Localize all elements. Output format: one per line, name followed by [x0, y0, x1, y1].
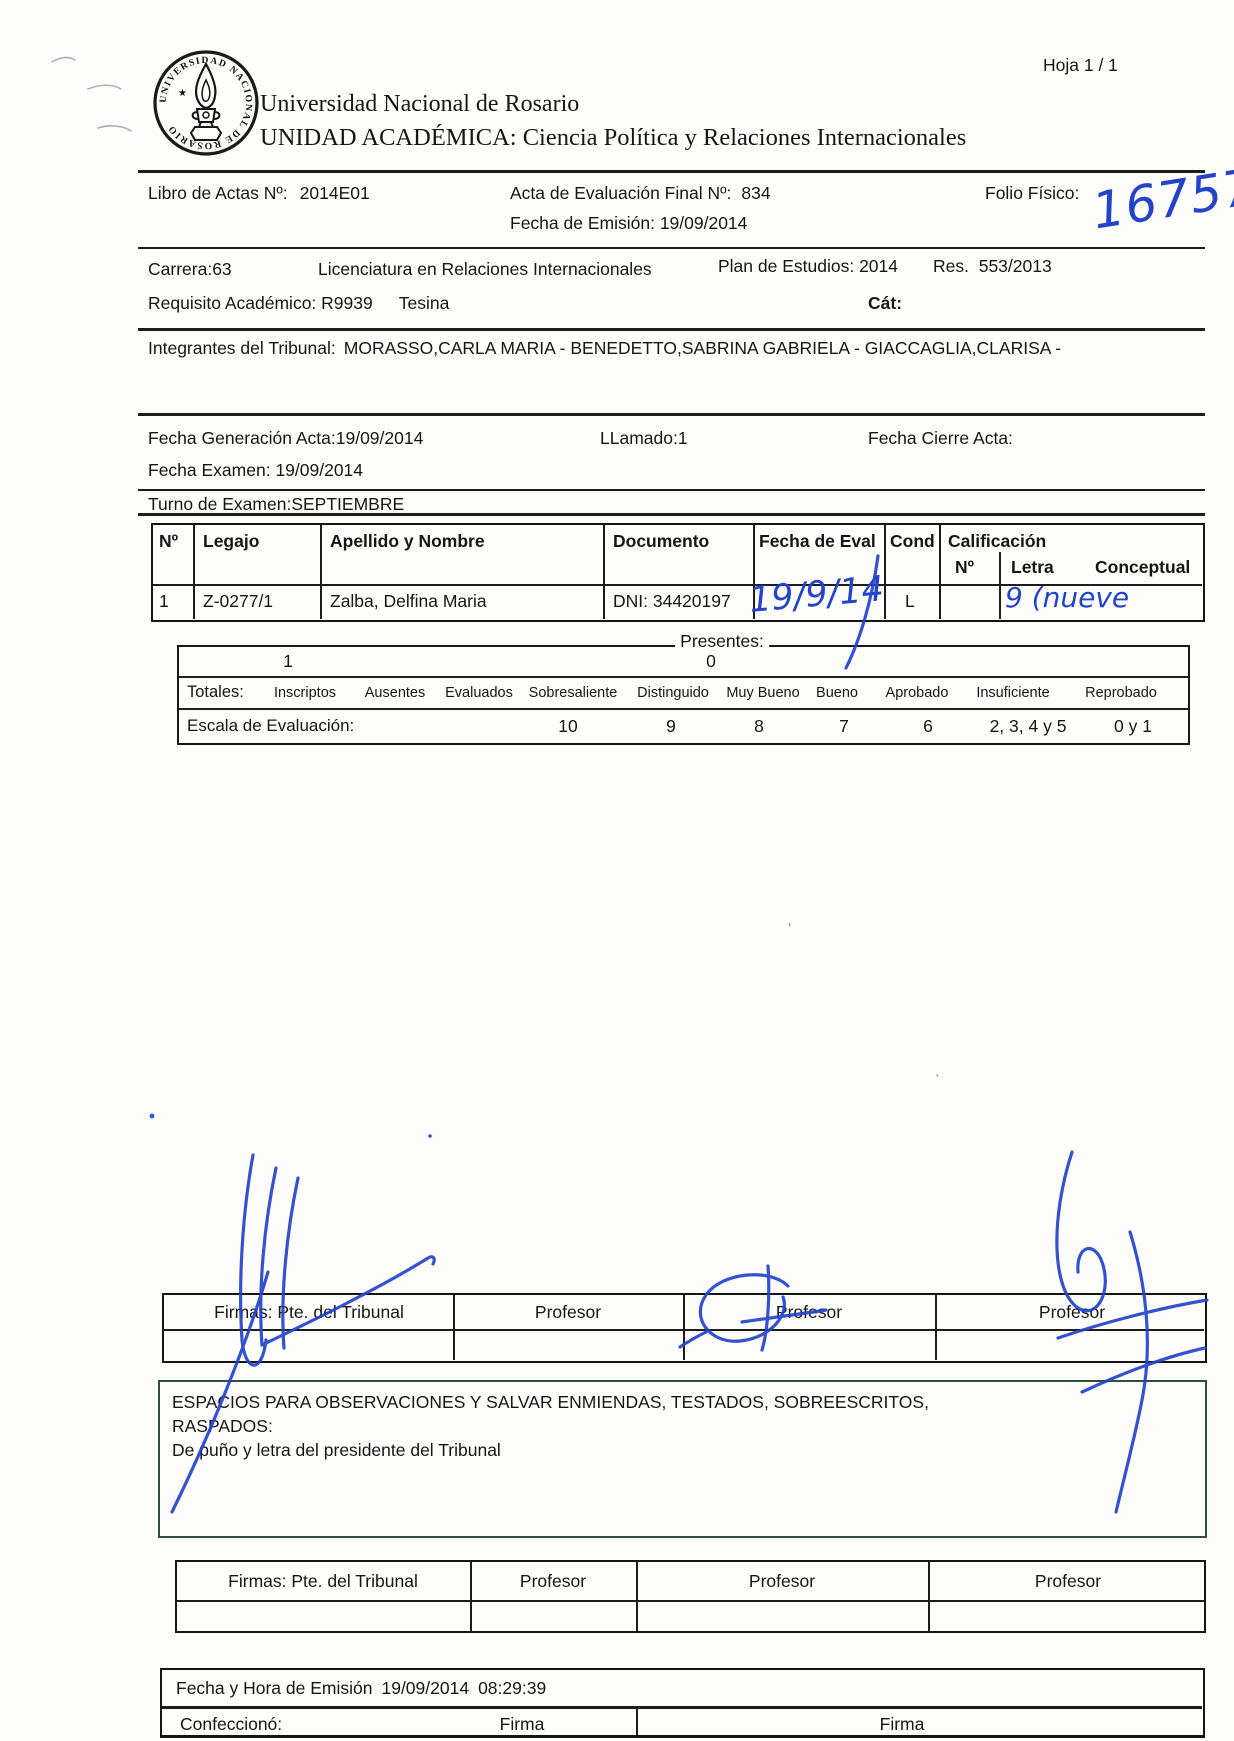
- escala-insuficiente: 2, 3, 4 y 5: [990, 716, 1067, 737]
- rule-2: [138, 247, 1205, 249]
- university-name: Universidad Nacional de Rosario: [260, 91, 579, 118]
- cat-aprobado: Aprobado: [886, 685, 949, 701]
- firmas1-profesor1-header: Profesor: [535, 1302, 601, 1323]
- cat-distinguido: Distinguido: [637, 685, 709, 701]
- pencil-smudges: [52, 58, 131, 131]
- escala-muy-bueno: 8: [754, 716, 764, 737]
- rule-3: [138, 328, 1205, 331]
- signatures-table-2: Firmas: Pte. del Tribunal Profesor Profe…: [175, 1560, 1206, 1633]
- cat-muy-bueno: Muy Bueno: [726, 685, 799, 701]
- turno-value: SEPTIEMBRE: [291, 494, 404, 514]
- fecha-cierre-label: Fecha Cierre Acta:: [868, 428, 1013, 449]
- emission-datetime-field: Fecha y Hora de Emisión19/09/201408:29:3…: [176, 1678, 546, 1699]
- acta-final-field: Acta de Evaluación Final Nº:834: [510, 183, 771, 204]
- cat-inscriptos: Inscriptos: [274, 685, 336, 701]
- tribunal-field: Integrantes del Tribunal:MORASSO,CARLA M…: [148, 338, 1061, 359]
- escala-aprobado: 6: [923, 716, 933, 737]
- folio-fisico-label: Folio Físico:: [985, 183, 1079, 204]
- seal-star-icon: ★: [178, 88, 187, 99]
- acta-final-label: Acta de Evaluación Final Nº:: [510, 183, 731, 203]
- resolucion-value: 553/2013: [979, 256, 1052, 276]
- cat-sobresaliente: Sobresaliente: [529, 685, 618, 701]
- academic-unit: UNIDAD ACADÉMICA: Ciencia Política y Rel…: [260, 124, 966, 152]
- col-header-nombre: Apellido y Nombre: [330, 531, 485, 552]
- requisito-label: Requisito Académico:: [148, 293, 316, 313]
- inscriptos-count: 1: [283, 651, 293, 672]
- col-header-calificacion: Calificación: [948, 531, 1046, 552]
- requisito-name: Tesina: [399, 293, 450, 313]
- subcol-header-conceptual: Conceptual: [1095, 557, 1190, 578]
- resolucion-field: Res. 553/2013: [933, 256, 1052, 277]
- row-calificacion-handwritten: 9 (nueve: [1005, 581, 1129, 614]
- seal-ring-text: UNIVERSIDAD NACIONAL DE ROSARIO: [158, 55, 254, 151]
- acta-final-value: 834: [741, 183, 770, 203]
- cat-insuficiente: Insuficiente: [976, 685, 1049, 701]
- plan-estudios-label: Plan de Estudios:: [718, 256, 854, 276]
- firma-slot-1: Firma: [500, 1714, 545, 1735]
- subcol-header-letra: Letra: [1011, 557, 1054, 578]
- col-header-numero: Nº: [159, 531, 178, 552]
- fecha-generacion-value: 19/09/2014: [336, 428, 424, 448]
- rule-4: [138, 413, 1205, 416]
- row-legajo: Z-0277/1: [203, 591, 273, 612]
- carrera-label: Carrera:: [148, 259, 212, 279]
- rule-1: [138, 170, 1205, 173]
- totals-table: 1 0 Totales: Inscriptos Ausentes Evaluad…: [177, 645, 1190, 745]
- turno-field: Turno de Examen:SEPTIEMBRE: [148, 494, 404, 515]
- requisito-field: Requisito Académico: R9939Tesina: [148, 293, 449, 314]
- llamado-field: LLamado:1: [600, 428, 688, 449]
- firmas2-profesor3-header: Profesor: [1035, 1571, 1101, 1592]
- escala-label: Escala de Evaluación:: [187, 716, 354, 736]
- emission-date-value: 19/09/2014: [381, 1678, 469, 1698]
- cat-ausentes: Ausentes: [365, 685, 425, 701]
- cat-evaluados: Evaluados: [445, 685, 513, 701]
- row-fecha-eval-handwritten: 19/9/14: [748, 569, 886, 621]
- presentes-label: Presentes:: [675, 631, 769, 652]
- carrera-name: Licenciatura en Relaciones Internacional…: [318, 259, 652, 280]
- libro-actas-field: Libro de Actas Nº:2014E01: [148, 183, 370, 204]
- firmas2-presidente-header: Firmas: Pte. del Tribunal: [228, 1571, 418, 1592]
- cat-reprobado: Reprobado: [1085, 685, 1157, 701]
- emission-datetime-label: Fecha y Hora de Emisión: [176, 1678, 372, 1698]
- fecha-examen-field: Fecha Examen: 19/09/2014: [148, 460, 363, 481]
- scan-artifacts: ' `: [788, 921, 940, 1090]
- fecha-examen-label: Fecha Examen:: [148, 460, 271, 480]
- col-header-documento: Documento: [613, 531, 709, 552]
- tribunal-members: MORASSO,CARLA MARIA - BENEDETTO,SABRINA …: [344, 338, 1061, 358]
- calificacion-subcolumn-divider: [999, 552, 1001, 619]
- fecha-emision-label: Fecha de Emisión:: [510, 213, 655, 233]
- cat-bueno: Bueno: [816, 685, 858, 701]
- plan-estudios-field: Plan de Estudios: 2014: [718, 256, 898, 277]
- firmas1-profesor2-header: Profesor: [776, 1302, 842, 1323]
- llamado-label: LLamado:: [600, 428, 678, 448]
- row-cond: L: [905, 591, 915, 612]
- fecha-emision-field: Fecha de Emisión: 19/09/2014: [510, 213, 747, 234]
- resolucion-label: Res.: [933, 256, 969, 276]
- escala-bueno: 7: [839, 716, 849, 737]
- fecha-emision-value: 19/09/2014: [660, 213, 748, 233]
- svg-text:UNIVERSIDAD NACIONAL DE ROSARI: UNIVERSIDAD NACIONAL DE ROSARIO: [158, 55, 254, 151]
- row-documento: DNI: 34420197: [613, 591, 731, 612]
- rule-5: [138, 489, 1205, 491]
- subcol-header-numero: Nº: [955, 557, 974, 578]
- students-table: Nº Legajo Apellido y Nombre Documento Fe…: [151, 523, 1205, 622]
- fecha-examen-value: 19/09/2014: [275, 460, 363, 480]
- presentes-count: 0: [706, 651, 716, 672]
- observations-line3: De puño y letra del presidente del Tribu…: [172, 1438, 1193, 1462]
- observations-line2: RASPADOS:: [172, 1414, 1193, 1438]
- observations-line1: ESPACIOS PARA OBSERVACIONES Y SALVAR ENM…: [172, 1390, 1193, 1414]
- emission-footer-table: Fecha y Hora de Emisión19/09/201408:29:3…: [160, 1668, 1205, 1738]
- seal-lamp-icon: [197, 109, 215, 122]
- libro-actas-value: 2014E01: [300, 183, 370, 203]
- libro-actas-label: Libro de Actas Nº:: [148, 183, 288, 203]
- observations-box: ESPACIOS PARA OBSERVACIONES Y SALVAR ENM…: [158, 1380, 1207, 1538]
- row-nombre: Zalba, Delfina Maria: [330, 591, 487, 612]
- page-number: Hoja 1 / 1: [1043, 55, 1118, 76]
- firmas2-profesor1-header: Profesor: [520, 1571, 586, 1592]
- fecha-generacion-label: Fecha Generación Acta:: [148, 428, 336, 448]
- row-numero: 1: [159, 591, 169, 612]
- totales-label: Totales:: [187, 683, 244, 702]
- escala-sobresaliente: 10: [558, 716, 577, 737]
- col-header-legajo: Legajo: [203, 531, 259, 552]
- university-seal-graphic: UNIVERSIDAD NACIONAL DE ROSARIO ★: [150, 42, 262, 164]
- carrera-field: Carrera:63: [148, 259, 232, 280]
- scanned-acta-document: UNIVERSIDAD NACIONAL DE ROSARIO ★ Univer…: [0, 0, 1234, 1741]
- catedra-label: Cát:: [868, 293, 902, 314]
- requisito-value: R9939: [321, 293, 373, 313]
- firmas1-presidente-header: Firmas: Pte. del Tribunal: [214, 1302, 404, 1323]
- confecciono-label: Confeccionó:: [180, 1714, 282, 1735]
- llamado-value: 1: [678, 428, 688, 448]
- ink-specks: [150, 1114, 432, 1138]
- carrera-value: 63: [212, 259, 231, 279]
- firma-slot-2: Firma: [880, 1714, 925, 1735]
- turno-label: Turno de Examen:: [148, 494, 291, 514]
- escala-reprobado: 0 y 1: [1114, 716, 1152, 737]
- col-header-cond: Cond: [890, 531, 935, 552]
- university-seal: UNIVERSIDAD NACIONAL DE ROSARIO ★: [150, 42, 262, 164]
- escala-distinguido: 9: [666, 716, 676, 737]
- firmas1-profesor3-header: Profesor: [1039, 1302, 1105, 1323]
- artifact-tick: `: [932, 1072, 940, 1090]
- firmas2-profesor2-header: Profesor: [749, 1571, 815, 1592]
- tribunal-label: Integrantes del Tribunal:: [148, 338, 336, 358]
- signatures-table-1: Firmas: Pte. del Tribunal Profesor Profe…: [162, 1293, 1207, 1363]
- artifact-apostrophe: ': [788, 921, 791, 938]
- plan-estudios-value: 2014: [859, 256, 898, 276]
- fecha-generacion-field: Fecha Generación Acta:19/09/2014: [148, 428, 423, 449]
- emission-time-value: 08:29:39: [478, 1678, 546, 1698]
- col-header-fecha-eval: Fecha de Eval: [759, 531, 876, 552]
